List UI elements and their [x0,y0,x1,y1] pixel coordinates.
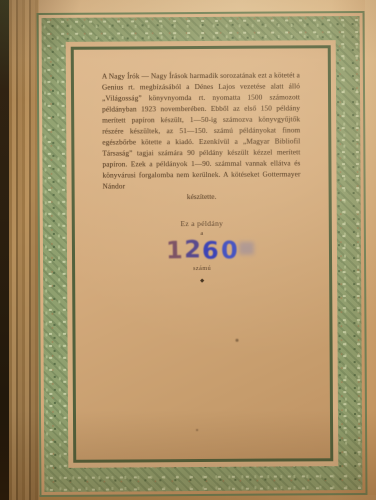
page-speck [236,339,239,342]
colophon-body-text: A Nagy Írók — Nagy Írások harmadik soroz… [102,69,301,191]
page-edges-strip [9,0,39,500]
copy-suffix-label: számú [89,264,315,272]
ink-smudge [239,242,254,255]
border-gap-ring: A Nagy Írók — Nagy Írások harmadik soroz… [66,40,339,468]
colophon-last-line: készítette. [103,190,301,202]
copy-number-stamp-row: 1260 [165,237,238,263]
page-speck [196,429,198,431]
diamond-ornament-icon: ◆ [89,277,315,284]
book-colophon-photo: A Nagy Írók — Nagy Írások harmadik soroz… [0,0,376,500]
book-spine-edge [0,0,9,500]
colophon-page-area: A Nagy Írók — Nagy Írások harmadik soroz… [71,45,334,463]
copy-line-label: Ez a példány [89,218,315,228]
copy-number-section: Ez a példány a 1260 számú ◆ [89,218,315,284]
ornamental-border-frame: A Nagy Írók — Nagy Írások harmadik soroz… [37,11,368,497]
copy-number-stamp: 1260 [165,238,238,263]
floral-border-band: A Nagy Írók — Nagy Írások harmadik soroz… [42,16,363,492]
